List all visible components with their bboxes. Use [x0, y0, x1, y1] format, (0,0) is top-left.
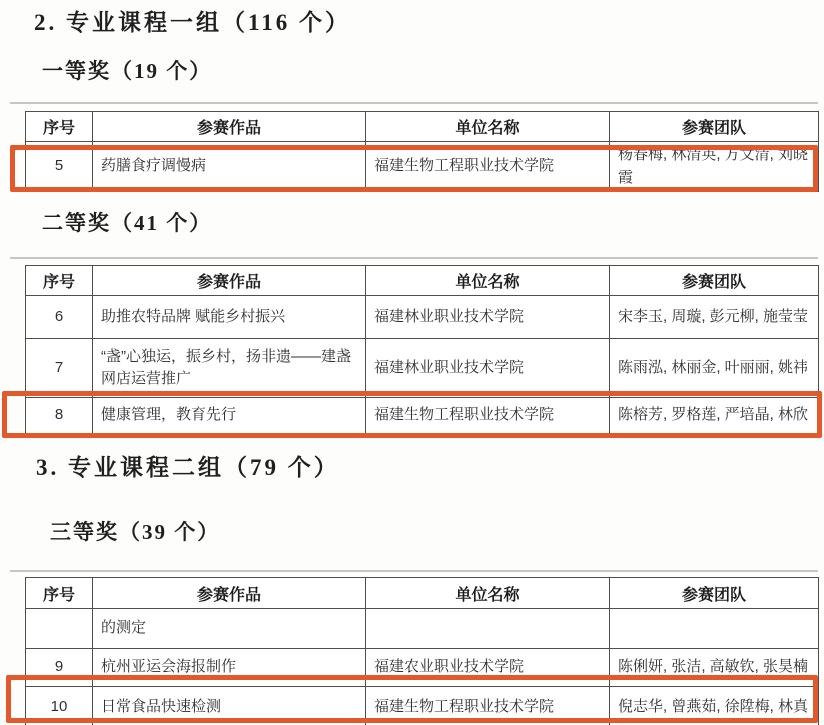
row-team-cell: 杨春梅, 林清英, 方文清, 刘晓霞 [610, 142, 819, 192]
row-unit-cell [366, 609, 610, 649]
col-header-unit: 单位名称 [366, 266, 610, 296]
row-no-cell [26, 609, 93, 649]
scan-artifact-line [10, 257, 818, 259]
third-prize-table: 序号 参赛作品 单位名称 参赛团队 的测定 9 杭州亚运会海报制作 福建农业职业… [25, 577, 819, 725]
table-header-row: 序号 参赛作品 单位名称 参赛团队 [26, 266, 819, 296]
scanned-award-document: { "accent_color": "#e25a2b", "headings":… [0, 0, 824, 725]
row-work-cell: “盏”心独运，振乡村，扬非遗——建盏网店运营推广 [93, 339, 366, 398]
col-header-team: 参赛团队 [610, 266, 819, 296]
row-unit-cell: 福建生物工程职业技术学院 [366, 687, 610, 725]
section-heading-group2: 3. 专业课程二组（79 个） [36, 455, 340, 481]
table-row: 7 “盏”心独运，振乡村，扬非遗——建盏网店运营推广 福建林业职业技术学院 陈雨… [26, 339, 819, 398]
table-row: 8 健康管理，教育先行 福建生物工程职业技术学院 陈榕芳, 罗格莲, 严培晶, … [26, 398, 819, 434]
row-unit-cell: 福建生物工程职业技术学院 [366, 398, 610, 434]
table-row: 10 日常食品快速检测 福建生物工程职业技术学院 倪志华, 曾燕茹, 徐陞梅, … [26, 687, 819, 725]
row-team-cell: 陈俐妍, 张洁, 高敏钦, 张昊楠 [610, 649, 819, 687]
row-unit-cell: 福建农业职业技术学院 [366, 649, 610, 687]
row-team-cell: 倪志华, 曾燕茹, 徐陞梅, 林真 [610, 687, 819, 725]
row-work-cell: 药膳食疗调慢病 [93, 142, 366, 192]
scan-artifact-line [10, 102, 818, 104]
col-header-work: 参赛作品 [93, 266, 366, 296]
first-prize-table: 序号 参赛作品 单位名称 参赛团队 5 药膳食疗调慢病 福建生物工程职业技术学院… [25, 111, 819, 192]
table-header-row: 序号 参赛作品 单位名称 参赛团队 [26, 112, 819, 142]
col-header-unit: 单位名称 [366, 112, 610, 142]
col-header-team: 参赛团队 [610, 112, 819, 142]
col-header-no: 序号 [26, 266, 93, 296]
award-heading-third-prize: 三等奖（39 个） [50, 520, 220, 544]
row-work-cell: 的测定 [93, 609, 366, 649]
second-prize-table: 序号 参赛作品 单位名称 参赛团队 6 助推农特品牌 赋能乡村振兴 福建林业职业… [25, 265, 819, 434]
row-no-cell: 9 [26, 649, 93, 687]
row-no-cell: 8 [26, 398, 93, 434]
row-no-cell: 10 [26, 687, 93, 725]
row-team-cell: 宋李玉, 周璇, 彭元柳, 施莹莹 [610, 296, 819, 339]
col-header-work: 参赛作品 [93, 112, 366, 142]
table-row: 9 杭州亚运会海报制作 福建农业职业技术学院 陈俐妍, 张洁, 高敏钦, 张昊楠 [26, 649, 819, 687]
award-heading-second-prize: 二等奖（41 个） [42, 211, 212, 235]
col-header-work: 参赛作品 [93, 578, 366, 609]
row-work-cell: 日常食品快速检测 [93, 687, 366, 725]
col-header-unit: 单位名称 [366, 578, 610, 609]
table-header-row: 序号 参赛作品 单位名称 参赛团队 [26, 578, 819, 609]
row-work-cell: 助推农特品牌 赋能乡村振兴 [93, 296, 366, 339]
row-unit-cell: 福建林业职业技术学院 [366, 339, 610, 398]
row-team-cell [610, 609, 819, 649]
section-heading-group1: 2. 专业课程一组（116 个） [34, 10, 351, 36]
row-work-cell: 健康管理，教育先行 [93, 398, 366, 434]
row-no-cell: 7 [26, 339, 93, 398]
row-work-cell: 杭州亚运会海报制作 [93, 649, 366, 687]
table-row: 6 助推农特品牌 赋能乡村振兴 福建林业职业技术学院 宋李玉, 周璇, 彭元柳,… [26, 296, 819, 339]
table-row: 5 药膳食疗调慢病 福建生物工程职业技术学院 杨春梅, 林清英, 方文清, 刘晓… [26, 142, 819, 192]
row-unit-cell: 福建生物工程职业技术学院 [366, 142, 610, 192]
award-heading-first-prize: 一等奖（19 个） [42, 59, 212, 83]
row-no-cell: 5 [26, 142, 93, 192]
col-header-team: 参赛团队 [610, 578, 819, 609]
row-no-cell: 6 [26, 296, 93, 339]
scan-artifact-line [10, 570, 818, 572]
row-unit-cell: 福建林业职业技术学院 [366, 296, 610, 339]
col-header-no: 序号 [26, 112, 93, 142]
row-team-cell: 陈雨泓, 林丽金, 叶丽丽, 姚祎 [610, 339, 819, 398]
row-team-cell: 陈榕芳, 罗格莲, 严培晶, 林欣 [610, 398, 819, 434]
table-row-continuation: 的测定 [26, 609, 819, 649]
col-header-no: 序号 [26, 578, 93, 609]
